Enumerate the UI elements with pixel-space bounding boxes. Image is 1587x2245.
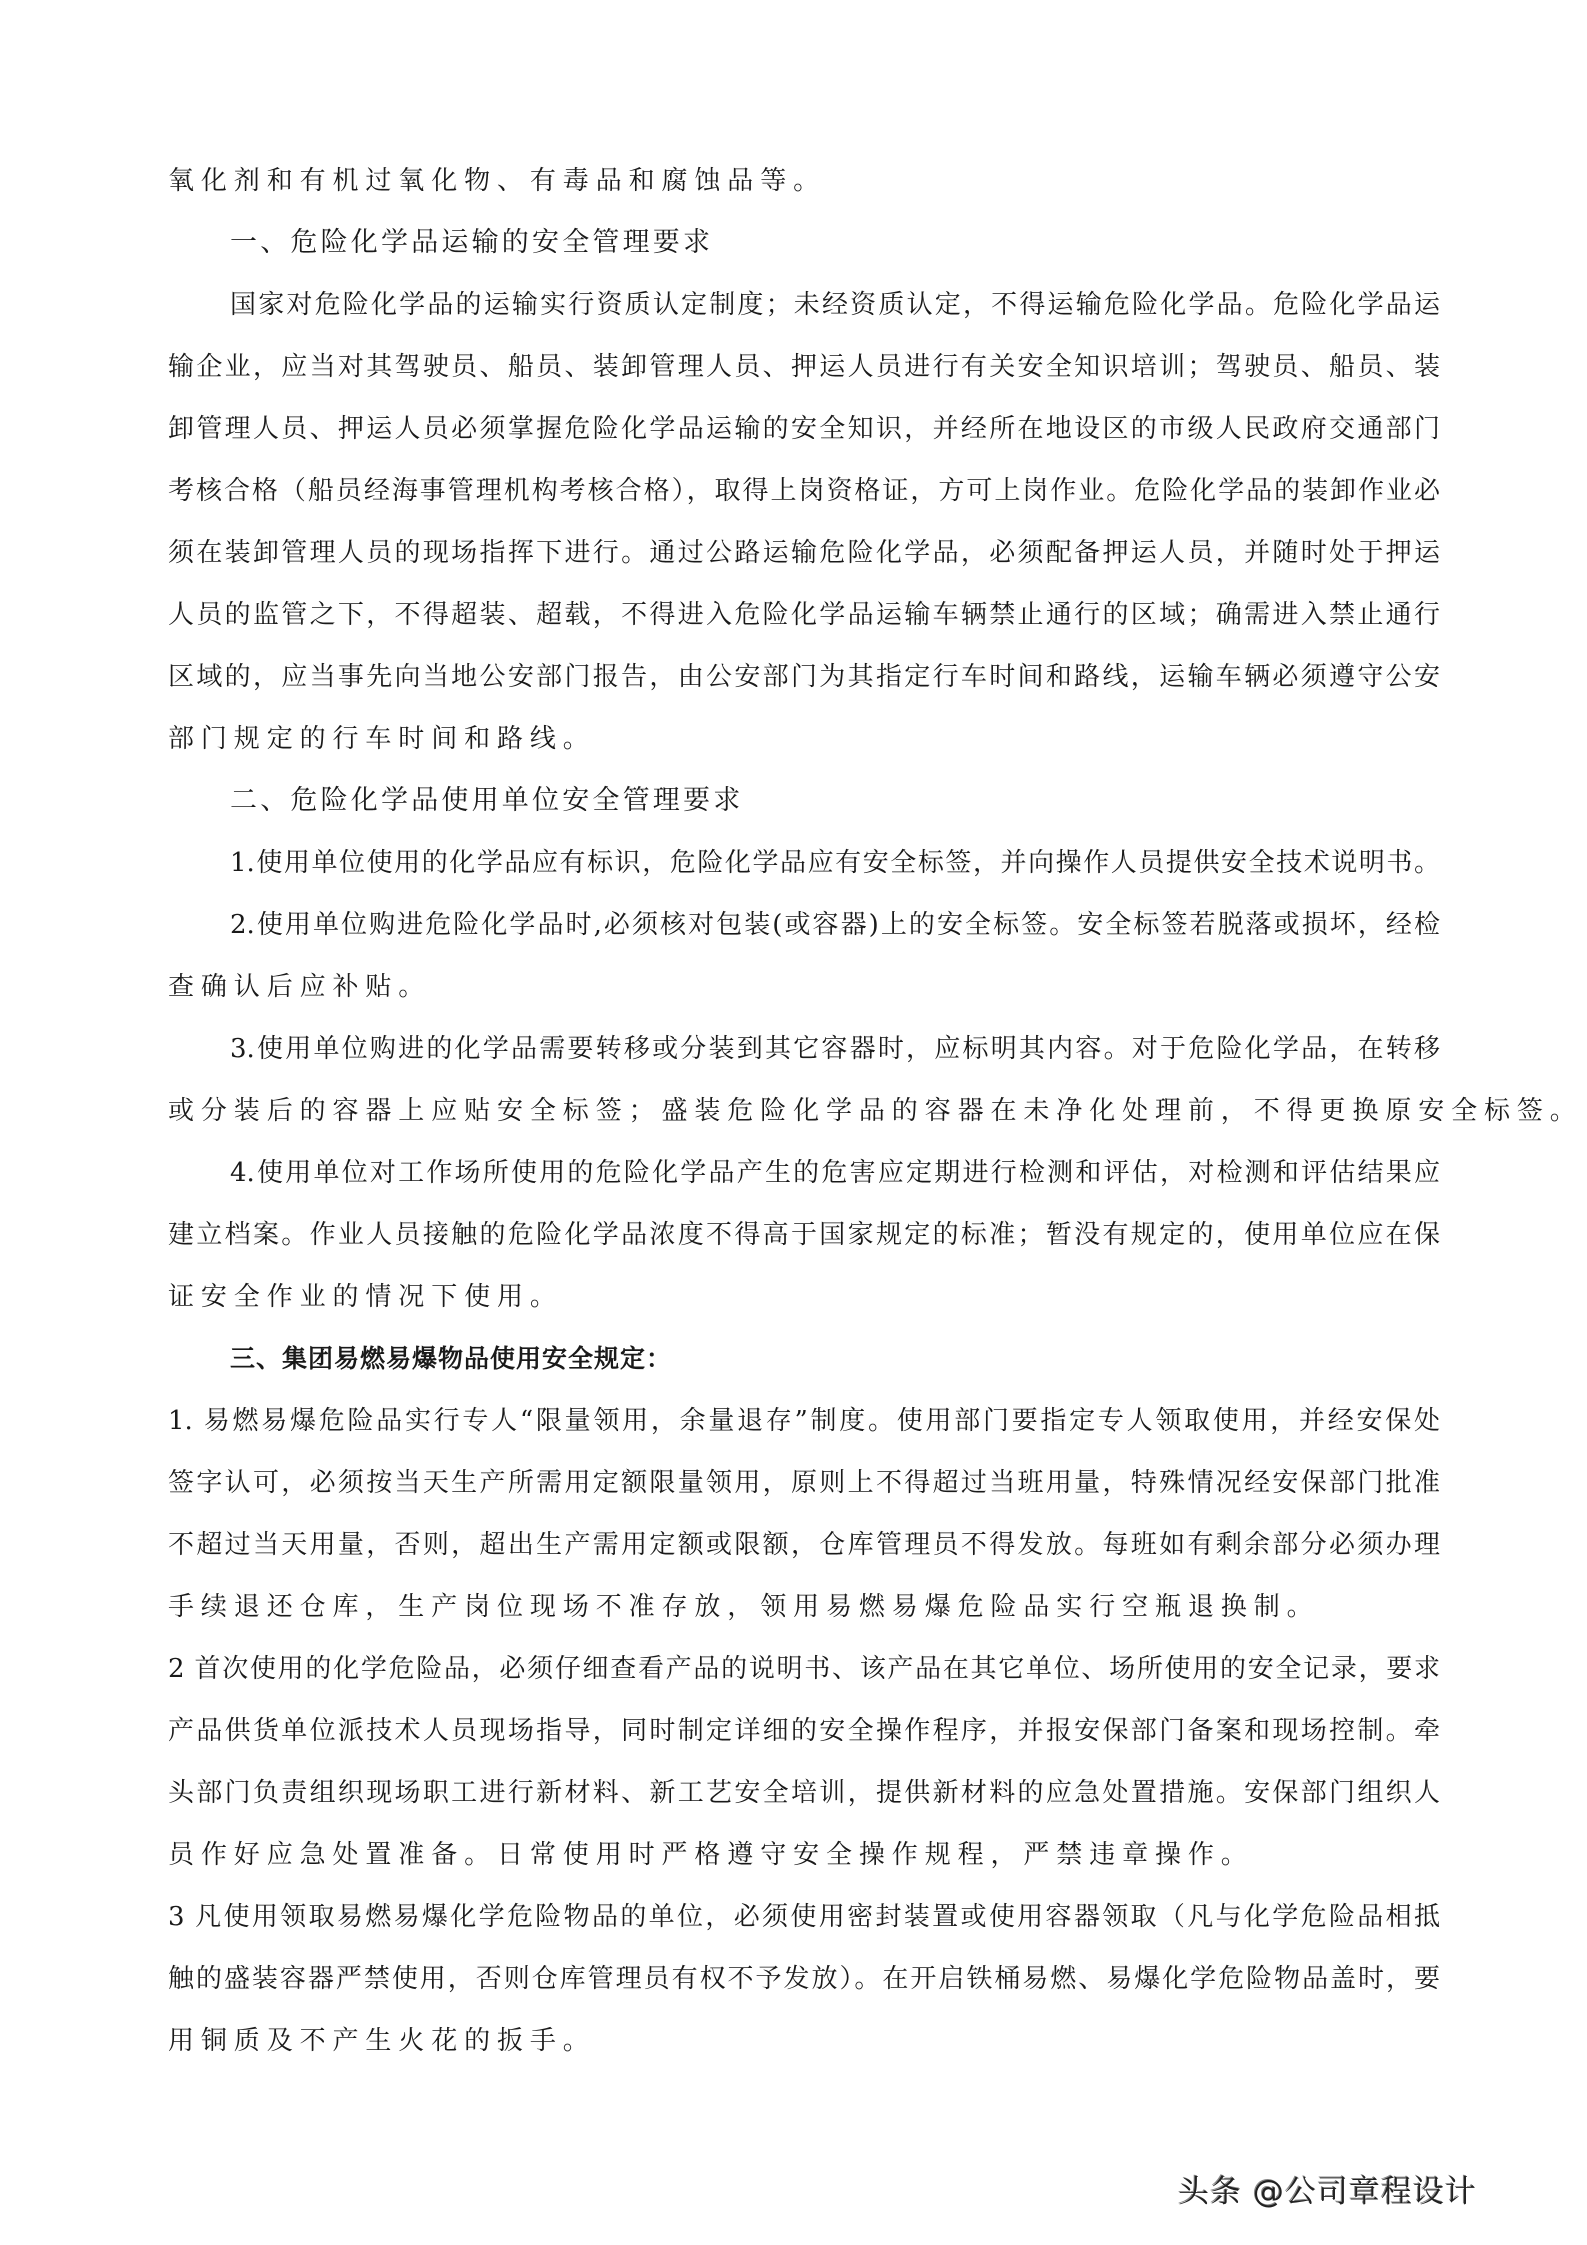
paragraph-line: 部门规定的行车时间和路线。 [168,708,1440,770]
section-heading-2: 二、危险化学品使用单位安全管理要求 [168,770,1440,832]
body-line: 氧化剂和有机过氧化物、有毒品和腐蚀品等。 [168,150,1440,212]
list-item-line: 或分装后的容器上应贴安全标签；盛装危险化学品的容器在未净化处理前，不得更换原安全… [168,1080,1440,1142]
list-item-line: 员作好应急处置准备。日常使用时严格遵守安全操作规程，严禁违章操作。 [168,1824,1440,1886]
list-item-line: 头部门负责组织现场职工进行新材料、新工艺安全培训，提供新材料的应急处置措施。安保… [168,1762,1440,1824]
list-item-line: 签字认可，必须按当天生产所需用定额限量领用，原则上不得超过当班用量，特殊情况经安… [168,1452,1440,1514]
section-heading-3: 三、集团易燃易爆物品使用安全规定： [168,1328,1440,1390]
list-item-line: 3.使用单位购进的化学品需要转移或分装到其它容器时，应标明其内容。对于危险化学品… [168,1018,1440,1080]
list-item-line: 用铜质及不产生火花的扳手。 [168,2010,1440,2072]
list-item-line: 4.使用单位对工作场所使用的危险化学品产生的危害应定期进行检测和评估，对检测和评… [168,1142,1440,1204]
list-item-line: 1. 易燃易爆危险品实行专人“限量领用，余量退存”制度。使用部门要指定专人领取使… [168,1390,1440,1452]
list-item-line: 手续退还仓库，生产岗位现场不准存放，领用易燃易爆危险品实行空瓶退换制。 [168,1576,1440,1638]
paragraph-line: 人员的监管之下，不得超装、超载，不得进入危险化学品运输车辆禁止通行的区域；确需进… [168,584,1440,646]
watermark: 头条 @公司章程设计 [1178,2166,1477,2211]
paragraph-line: 须在装卸管理人员的现场指挥下进行。通过公路运输危险化学品，必须配备押运人员，并随… [168,522,1440,584]
list-item-line: 不超过当天用量，否则，超出生产需用定额或限额，仓库管理员不得发放。每班如有剩余部… [168,1514,1440,1576]
list-item-line: 1.使用单位使用的化学品应有标识，危险化学品应有安全标签，并向操作人员提供安全技… [168,832,1440,894]
document-page: 氧化剂和有机过氧化物、有毒品和腐蚀品等。 一、危险化学品运输的安全管理要求 国家… [168,150,1440,2072]
paragraph-line: 考核合格（船员经海事管理机构考核合格），取得上岗资格证，方可上岗作业。危险化学品… [168,460,1440,522]
list-item-line: 建立档案。作业人员接触的危险化学品浓度不得高于国家规定的标准；暂没有规定的，使用… [168,1204,1440,1266]
list-item-line: 2 首次使用的化学危险品，必须仔细查看产品的说明书、该产品在其它单位、场所使用的… [168,1638,1440,1700]
list-item-line: 触的盛装容器严禁使用，否则仓库管理员有权不予发放）。在开启铁桶易燃、易爆化学危险… [168,1948,1440,2010]
list-item-line: 查确认后应补贴。 [168,956,1440,1018]
section-heading-1: 一、危险化学品运输的安全管理要求 [168,212,1440,274]
list-item-line: 2.使用单位购进危险化学品时,必须核对包装(或容器)上的安全标签。安全标签若脱落… [168,894,1440,956]
paragraph-line: 输企业，应当对其驾驶员、船员、装卸管理人员、押运人员进行有关安全知识培训；驾驶员… [168,336,1440,398]
paragraph-line: 区域的，应当事先向当地公安部门报告，由公安部门为其指定行车时间和路线，运输车辆必… [168,646,1440,708]
paragraph-line: 国家对危险化学品的运输实行资质认定制度；未经资质认定，不得运输危险化学品。危险化… [168,274,1440,336]
paragraph-line: 卸管理人员、押运人员必须掌握危险化学品运输的安全知识，并经所在地设区的市级人民政… [168,398,1440,460]
list-item-line: 产品供货单位派技术人员现场指导，同时制定详细的安全操作程序，并报安保部门备案和现… [168,1700,1440,1762]
list-item-line: 证安全作业的情况下使用。 [168,1266,1440,1328]
list-item-line: 3 凡使用领取易燃易爆化学危险物品的单位，必须使用密封装置或使用容器领取（凡与化… [168,1886,1440,1948]
